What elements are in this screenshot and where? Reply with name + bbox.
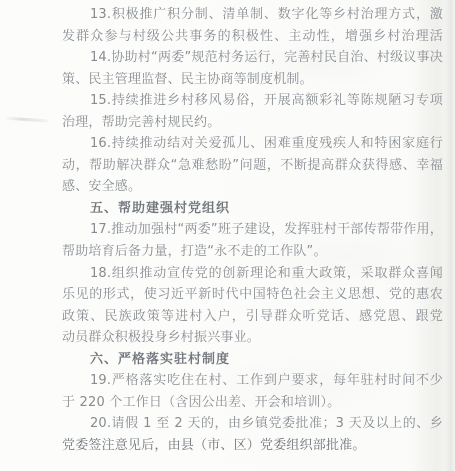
text-line: 感、安全感。	[62, 176, 443, 198]
section-heading: 六、严格落实驻村制度	[62, 349, 443, 371]
section-heading: 五、帮助建强村党组织	[62, 198, 443, 220]
text-line: 14.协助村“两委”规范村务运行，完善村民自治、村级议事决	[62, 47, 443, 69]
text-line: 13.积极推广积分制、清单制、数字化等乡村治理方式，激	[62, 4, 443, 26]
text-line: 政策、民族政策等进村入户，引导群众听党话、感党恩、跟党走，	[62, 306, 443, 328]
text-line: 19.严格落实吃住在村、工作到户要求，每年驻村时间不少	[62, 370, 443, 392]
document-page: 13.积极推广积分制、清单制、数字化等乡村治理方式，激发群众参与村级公共事务的积…	[0, 0, 455, 471]
text-line: 党委签注意见后，由县（市、区）党委组织部批准。	[62, 435, 443, 457]
text-line: 策、民主管理监督、民主协商等制度机制。	[62, 69, 443, 91]
text-line: 乐见的形式，使习近平新时代中国特色社会主义思想、党的惠农	[62, 284, 443, 306]
scan-edge-shadow	[445, 0, 455, 471]
text-line: 20.请假 1 至 2 天的，由乡镇党委批准；3 天及以上的、乡镇	[62, 413, 443, 435]
text-block: 13.积极推广积分制、清单制、数字化等乡村治理方式，激发群众参与村级公共事务的积…	[62, 4, 443, 456]
text-line: 发群众参与村级公共事务的积极性、主动性，增强乡村治理活力。	[62, 26, 443, 48]
text-line: 18.组织推动宣传党的创新理论和重大政策，采取群众喜闻	[62, 263, 443, 285]
scan-artifact	[4, 116, 48, 122]
text-line: 于 220 个工作日（含因公出差、开会和培训）。	[62, 392, 443, 414]
text-line: 17.推动加强村“两委”班子建设，发挥驻村干部传帮带作用，	[62, 219, 443, 241]
text-line: 治理，帮助完善村规民约。	[62, 112, 443, 134]
text-line: 16.持续推动结对关爱孤儿、困难重度残疾人和特困家庭行	[62, 133, 443, 155]
text-line: 帮助培育后备力量，打造“永不走的工作队”。	[62, 241, 443, 263]
text-line: 动员群众积极投身乡村振兴事业。	[62, 327, 443, 349]
text-line: 动，帮助解决群众“急难愁盼”问题，不断提高群众获得感、幸福	[62, 155, 443, 177]
text-line: 15.持续推进乡村移风易俗，开展高额彩礼等陈规陋习专项	[62, 90, 443, 112]
